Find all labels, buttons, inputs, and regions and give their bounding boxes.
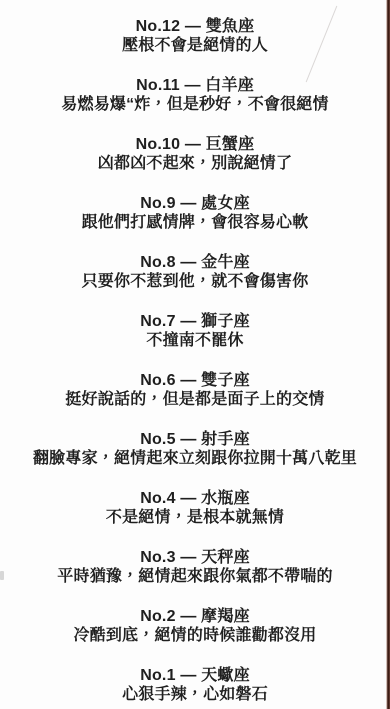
rank-description: 凶都凶不起來，別說絕情了 <box>10 154 380 173</box>
rank-item-2: No.2 — 摩羯座 冷酷到底，絕情的時候誰勸都沒用 <box>10 607 380 645</box>
rank-item-3: No.3 — 天秤座 平時猶豫，絕情起來跟你氣都不帶喘的 <box>10 548 380 586</box>
rank-description: 只要你不惹到他，就不會傷害你 <box>10 272 380 291</box>
rank-description: 冷酷到底，絕情的時候誰勸都沒用 <box>10 626 380 645</box>
rank-title: No.3 — 天秤座 <box>10 548 380 567</box>
zodiac-ranking-page: No.12 — 雙魚座 壓根不會是絕情的人 No.11 — 白羊座 易燃易爆“炸… <box>0 0 390 709</box>
rank-item-5: No.5 — 射手座 翻臉專家，絕情起來立刻跟你拉開十萬八乾里 <box>10 430 380 468</box>
rank-title: No.12 — 雙魚座 <box>10 17 380 36</box>
rank-title: No.10 — 巨蟹座 <box>10 135 380 154</box>
rank-description: 翻臉專家，絕情起來立刻跟你拉開十萬八乾里 <box>10 449 380 468</box>
rank-description: 平時猶豫，絕情起來跟你氣都不帶喘的 <box>10 567 380 586</box>
rank-title: No.11 — 白羊座 <box>10 76 380 95</box>
rank-title: No.1 — 天蠍座 <box>10 666 380 685</box>
photo-edge-line <box>386 0 390 709</box>
rank-description: 跟他們打感情牌，會很容易心軟 <box>10 213 380 232</box>
rank-item-7: No.7 — 獅子座 不撞南不罷休 <box>10 312 380 350</box>
rank-item-6: No.6 — 雙子座 挺好說話的，但是都是面子上的交情 <box>10 371 380 409</box>
rank-title: No.4 — 水瓶座 <box>10 489 380 508</box>
rank-item-4: No.4 — 水瓶座 不是絕情，是根本就無情 <box>10 489 380 527</box>
rank-title: No.9 — 處女座 <box>10 194 380 213</box>
rank-title: No.6 — 雙子座 <box>10 371 380 390</box>
rank-item-12: No.12 — 雙魚座 壓根不會是絕情的人 <box>10 17 380 55</box>
rank-item-8: No.8 — 金牛座 只要你不惹到他，就不會傷害你 <box>10 253 380 291</box>
rank-description: 不撞南不罷休 <box>10 331 380 350</box>
rank-description: 壓根不會是絕情的人 <box>10 36 380 55</box>
rank-item-1: No.1 — 天蠍座 心狠手辣，心如磐石 <box>10 666 380 704</box>
zodiac-rank-list: No.12 — 雙魚座 壓根不會是絕情的人 No.11 — 白羊座 易燃易爆“炸… <box>0 17 390 704</box>
rank-item-11: No.11 — 白羊座 易燃易爆“炸，但是秒好，不會很絕情 <box>10 76 380 114</box>
rank-title: No.8 — 金牛座 <box>10 253 380 272</box>
rank-description: 易燃易爆“炸，但是秒好，不會很絕情 <box>10 95 380 114</box>
rank-title: No.2 — 摩羯座 <box>10 607 380 626</box>
rank-description: 不是絕情，是根本就無情 <box>10 508 380 527</box>
rank-description: 挺好說話的，但是都是面子上的交情 <box>10 390 380 409</box>
rank-title: No.7 — 獅子座 <box>10 312 380 331</box>
rank-description: 心狠手辣，心如磐石 <box>10 685 380 704</box>
rank-title: No.5 — 射手座 <box>10 430 380 449</box>
rank-item-9: No.9 — 處女座 跟他們打感情牌，會很容易心軟 <box>10 194 380 232</box>
rank-item-10: No.10 — 巨蟹座 凶都凶不起來，別說絕情了 <box>10 135 380 173</box>
